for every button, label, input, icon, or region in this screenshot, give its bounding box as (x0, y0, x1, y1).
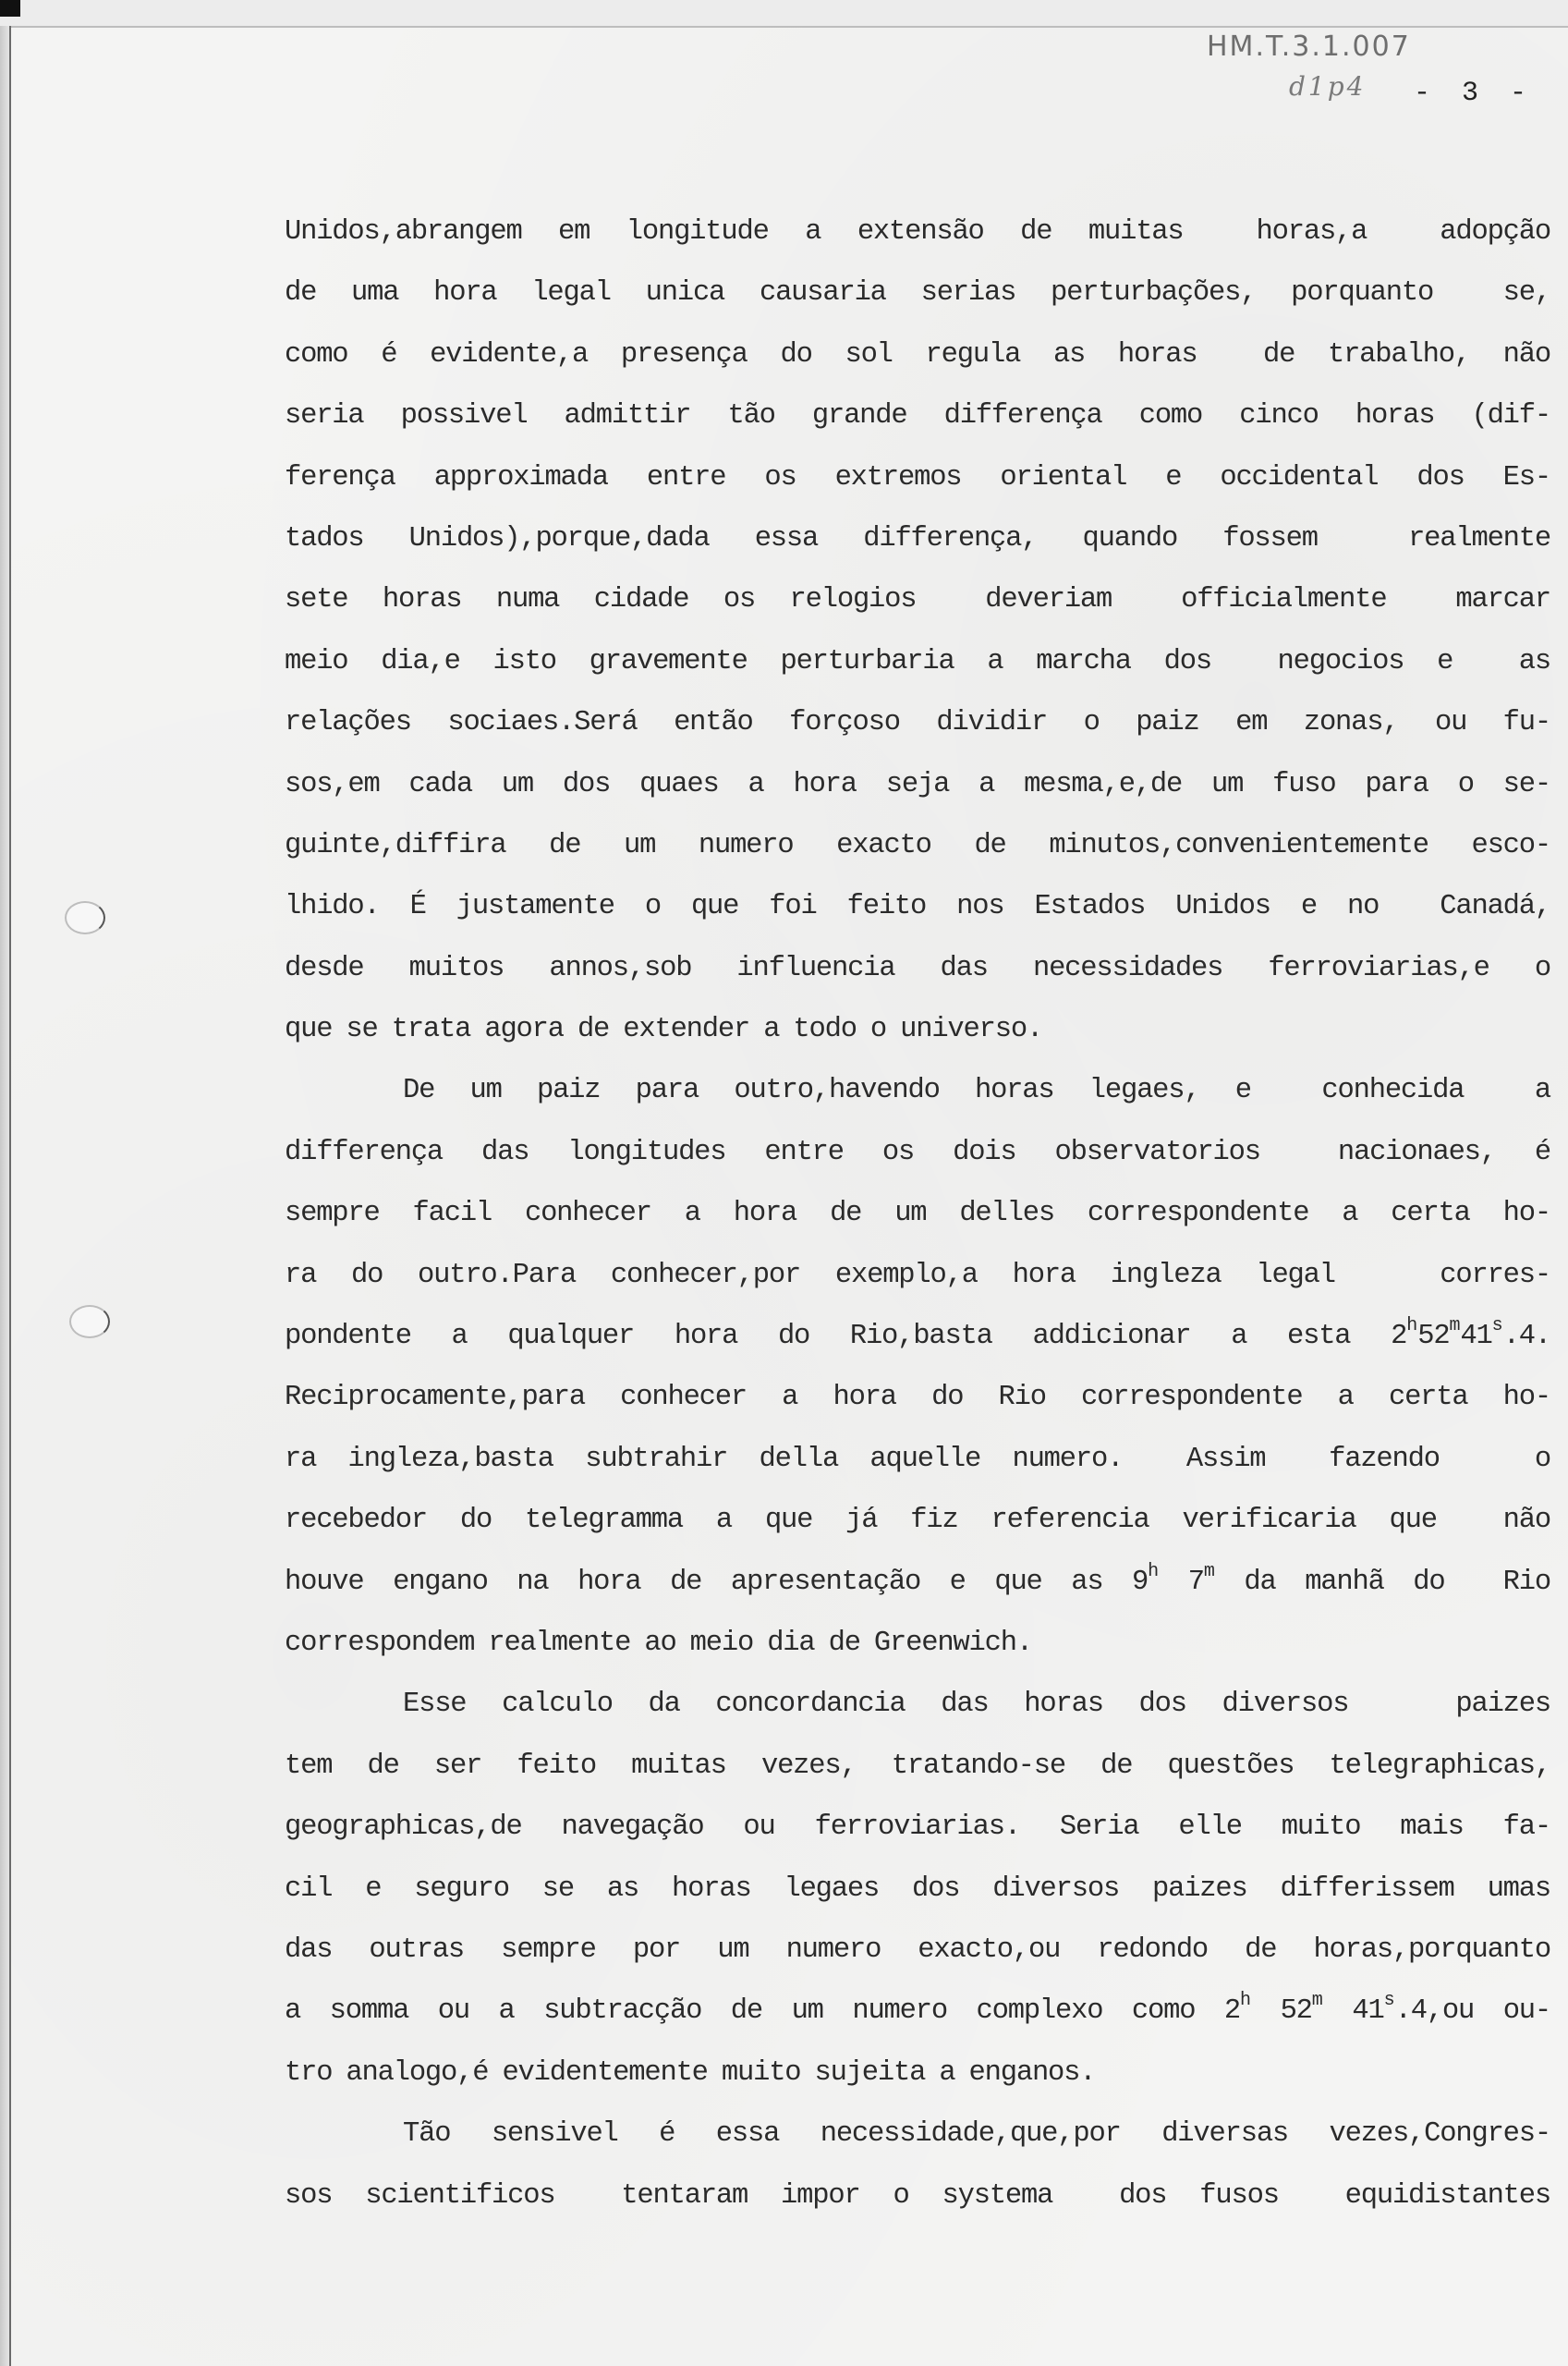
text-line: sete horas numa cidade os relogios dever… (285, 569, 1550, 630)
text-line: seria possivel admittir tão grande diffe… (285, 385, 1550, 446)
text-line: tro analogo,é evidentemente muito sujeit… (285, 2043, 1550, 2104)
punch-hole-icon (65, 901, 105, 934)
text-line: Reciprocamente,para conhecer a hora do R… (285, 1367, 1550, 1428)
text-line: de uma hora legal unica causaria serias … (285, 262, 1550, 323)
text-line: tem de ser feito muitas vezes, tratando-… (285, 1736, 1550, 1797)
paragraph: Unidos,abrangem em longitude a extensão … (285, 201, 1550, 1060)
text-line: das outras sempre por um numero exacto,o… (285, 1920, 1550, 1981)
time-unit-superscript: s (1384, 1990, 1395, 2011)
text-line: recebedor do telegramma a que já fiz ref… (285, 1490, 1550, 1551)
time-unit-superscript: s (1492, 1315, 1503, 1336)
text-line: sos,em cada um dos quaes a hora seja a m… (285, 754, 1550, 815)
text-line: Esse calculo da concordancia das horas d… (285, 1674, 1550, 1735)
scan-left-edge (0, 26, 11, 2366)
time-unit-superscript: h (1148, 1561, 1159, 1582)
text-line: desde muitos annos,sob influencia das ne… (285, 938, 1550, 999)
text-line: De um paiz para outro,havendo horas lega… (285, 1060, 1550, 1121)
text-line: Tão sensivel é essa necessidade,que,por … (285, 2104, 1550, 2165)
text-line: como é evidente,a presença do sol regula… (285, 324, 1550, 385)
paragraph: De um paiz para outro,havendo horas lega… (285, 1060, 1550, 1674)
text-line: guinte,diffira de um numero exacto de mi… (285, 815, 1550, 876)
punch-hole-icon (69, 1305, 110, 1338)
text-line: pondente a qualquer hora do Rio,basta ad… (285, 1306, 1550, 1367)
document-page: HM.T.3.1.007 d1p4 - 3 - Unidos,abrangem … (0, 0, 1568, 2366)
page-number: - 3 - (1414, 79, 1534, 107)
text-line: correspondem realmente ao meio dia de Gr… (285, 1613, 1550, 1674)
text-line: ra ingleza,basta subtrahir della aquelle… (285, 1429, 1550, 1490)
scan-top-edge (0, 0, 1568, 28)
text-line: meio dia,e isto gravemente perturbaria a… (285, 631, 1550, 692)
text-line: differença das longitudes entre os dois … (285, 1122, 1550, 1183)
time-unit-superscript: h (1406, 1315, 1417, 1336)
text-line: ferença approximada entre os extremos or… (285, 447, 1550, 508)
text-line: tados Unidos),porque,dada essa differenç… (285, 508, 1550, 569)
time-unit-superscript: h (1240, 1990, 1251, 2011)
text-line: houve engano na hora de apresentação e q… (285, 1552, 1550, 1613)
scan-corner-mark (0, 0, 20, 17)
text-line: Unidos,abrangem em longitude a extensão … (285, 201, 1550, 262)
text-line: cil e seguro se as horas legaes dos dive… (285, 1859, 1550, 1920)
text-line: geographicas,de navegação ou ferroviaria… (285, 1797, 1550, 1858)
document-body: Unidos,abrangem em longitude a extensão … (285, 201, 1550, 2226)
paragraph: Tão sensivel é essa necessidade,que,por … (285, 2104, 1550, 2226)
text-line: lhido. É justamente o que foi feito nos … (285, 876, 1550, 937)
archive-reference: HM.T.3.1.007 (1207, 33, 1411, 61)
time-unit-superscript: m (1449, 1315, 1460, 1336)
time-unit-superscript: m (1204, 1561, 1215, 1582)
text-line: a somma ou a subtracção de um numero com… (285, 1981, 1550, 2042)
text-line: relações sociaes.Será então forçoso divi… (285, 692, 1550, 753)
text-line: ra do outro.Para conhecer,por exemplo,a … (285, 1245, 1550, 1306)
archive-sub-reference: d1p4 (1289, 74, 1366, 100)
time-unit-superscript: m (1312, 1990, 1323, 2011)
paragraph: Esse calculo da concordancia das horas d… (285, 1674, 1550, 2104)
text-line: que se trata agora de extender a todo o … (285, 999, 1550, 1060)
text-line: sos scientificos tentaram impor o system… (285, 2165, 1550, 2226)
text-line: sempre facil conhecer a hora de um delle… (285, 1183, 1550, 1244)
